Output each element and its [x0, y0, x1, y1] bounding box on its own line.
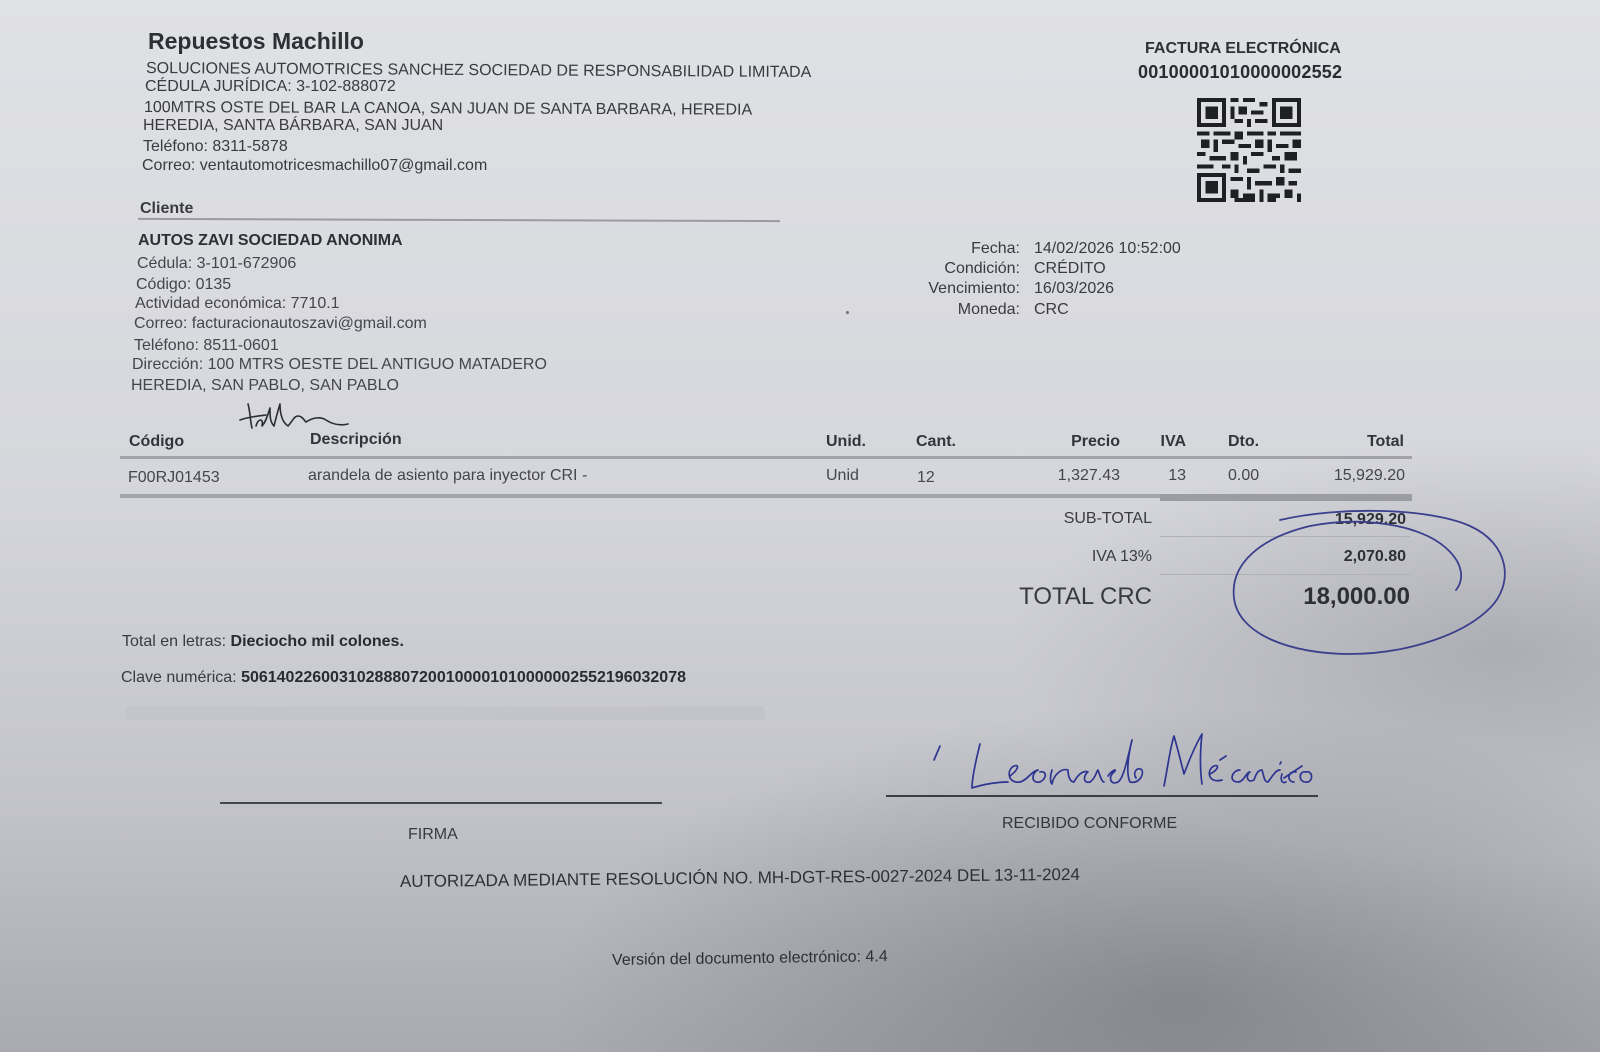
issuer-phone: Teléfono: 8311-5878 [143, 138, 288, 156]
row-description: arandela de asiento para inyector CRI - [308, 467, 587, 485]
col-header-qty: Cant. [916, 433, 956, 451]
company-name: Repuestos Machillo [148, 28, 364, 55]
numeric-key-value: 5061402260031028880720010000101000000255… [241, 669, 686, 686]
condition-label: Condición: [880, 260, 1020, 278]
qr-code-icon [1196, 98, 1302, 202]
invoice-paper: Repuestos Machillo SOLUCIONES AUTOMOTRIC… [0, 0, 1600, 1052]
row-code: F00RJ01453 [128, 469, 220, 487]
iva-label: IVA 13% [932, 548, 1152, 566]
signature-label-received: RECIBIDO CONFORME [1002, 815, 1177, 833]
client-address-region: HEREDIA, SAN PABLO, SAN PABLO [131, 377, 399, 395]
table-header-divider [120, 456, 1412, 459]
document-type: FACTURA ELECTRÓNICA [1145, 40, 1341, 58]
numeric-key: Clave numérica: 506140226003102888072001… [121, 669, 686, 687]
document-number: 00100001010000002552 [1138, 62, 1342, 83]
row-unit: Unid [826, 467, 859, 485]
pen-circle-annotation [1220, 498, 1520, 663]
subtotal-label: SUB-TOTAL [932, 510, 1152, 528]
issuer-address-line-2: HEREDIA, SANTA BÁRBARA, SAN JUAN [143, 117, 443, 135]
handwritten-signature [928, 726, 1318, 798]
total-label: TOTAL CRC [932, 583, 1152, 611]
signature-line-received [886, 795, 1318, 797]
client-code: Código: 0135 [136, 276, 231, 294]
amount-in-words: Total en letras: Dieciocho mil colones. [122, 633, 404, 651]
client-divider [138, 218, 780, 222]
col-header-unit: Unid. [826, 433, 866, 451]
row-iva: 13 [1150, 467, 1186, 485]
amount-in-words-label: Total en letras: [122, 633, 226, 650]
client-address: Dirección: 100 MTRS OESTE DEL ANTIGUO MA… [132, 356, 547, 374]
col-header-price: Precio [1040, 433, 1120, 451]
due-date-label: Vencimiento: [880, 280, 1020, 298]
col-header-code: Código [129, 433, 184, 451]
document-version: Versión del documento electrónico: 4.4 [612, 948, 888, 970]
col-header-total: Total [1300, 433, 1404, 451]
client-phone: Teléfono: 8511-0601 [134, 337, 279, 355]
due-date-value: 16/03/2026 [1034, 280, 1114, 298]
client-cedula: Cédula: 3-101-672906 [137, 255, 296, 273]
condition-value: CRÉDITO [1034, 260, 1106, 278]
currency-value: CRC [1034, 301, 1069, 319]
amount-in-words-value: Dieciocho mil colones. [231, 633, 404, 650]
client-section-label: Cliente [140, 200, 193, 218]
client-name: AUTOS ZAVI SOCIEDAD ANONIMA [138, 232, 403, 250]
row-total: 15,929.20 [1290, 467, 1405, 485]
paper-speck [846, 311, 849, 314]
numeric-key-label: Clave numérica: [121, 669, 237, 686]
issuer-email: Correo: ventautomotricesmachillo07@gmail… [142, 157, 487, 175]
signature-label-firma: FIRMA [408, 826, 458, 844]
handwritten-taller-note [236, 400, 356, 434]
signature-line-firma [220, 802, 662, 804]
row-price: 1,327.43 [1020, 467, 1120, 485]
client-economic-activity: Actividad económica: 7710.1 [135, 295, 340, 313]
date-value: 14/02/2026 10:52:00 [1034, 240, 1181, 258]
show-through-text [125, 706, 765, 720]
authorization-note: AUTORIZADA MEDIANTE RESOLUCIÓN NO. MH-DG… [400, 865, 1080, 892]
row-qty: 12 [917, 469, 935, 487]
col-header-iva: IVA [1150, 433, 1186, 451]
col-header-description: Descripción [310, 431, 402, 449]
row-discount: 0.00 [1228, 467, 1259, 485]
currency-label: Moneda: [880, 301, 1020, 319]
issuer-cedula: CÉDULA JURÍDICA: 3-102-888072 [145, 78, 396, 96]
col-header-discount: Dto. [1228, 433, 1259, 451]
client-email: Correo: facturacionautoszavi@gmail.com [134, 315, 427, 333]
date-label: Fecha: [880, 240, 1020, 258]
